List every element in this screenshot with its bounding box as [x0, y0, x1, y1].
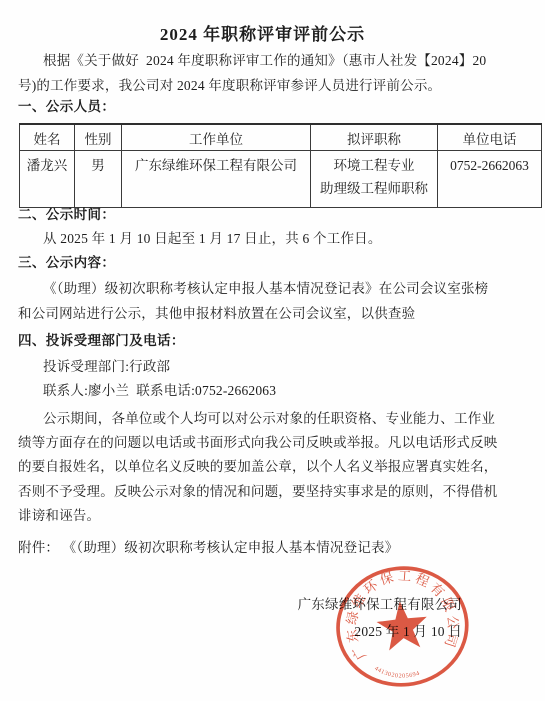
header-name: 姓名	[20, 124, 75, 151]
attachment-line: 附件： 《（助理）级初次职称考核认定申报人基本情况登记表》	[18, 540, 398, 555]
header-gender: 性别	[75, 124, 122, 151]
page-title: 2024 年职称评审评前公示	[0, 20, 525, 45]
section3-heading: 三、公示内容：	[18, 255, 115, 270]
cell-gender: 男	[75, 151, 122, 208]
section3-line-1: 《（助理）级初次职称考核认定申报人基本情况登记表》在公司会议室张榜	[43, 281, 488, 296]
section4-line-2: 联系人:廖小兰 联系电话:0752-2662063	[43, 383, 276, 398]
publicity-persons-table: 姓名 性别 工作单位 拟评职称 单位电话 潘龙兴 男 广东绿维环保工程有限公司 …	[19, 123, 542, 208]
header-proposed-title: 拟评职称	[311, 124, 438, 151]
intro-line-2: 号)的工作要求，我公司对 2024 年度职称评审参评人员进行评前公示。	[18, 78, 441, 93]
section4-para-line-3: 的要自报姓名，以单位名义反映的要加盖公章，以个人名义举报应署真实姓名，	[18, 459, 498, 474]
section2-line-1: 从 2025 年 1 月 10 日起至 1 月 17 日止，共 6 个工作日。	[43, 231, 382, 246]
section4-heading: 四、投诉受理部门及电话：	[18, 333, 185, 348]
section4-para-line-5: 诽谤和诬告。	[18, 508, 100, 523]
section4-para-line-1: 公示期间，各单位或个人均可以对公示对象的任职资格、专业能力、工作业	[43, 411, 495, 426]
cell-proposed-title: 环境工程专业 助理级工程师职称	[311, 151, 438, 208]
table-header-row: 姓名 性别 工作单位 拟评职称 单位电话	[20, 124, 542, 151]
header-phone: 单位电话	[438, 124, 542, 151]
section2-heading: 二、公示时间：	[18, 207, 115, 222]
section4-line-1: 投诉受理部门:行政部	[43, 359, 170, 374]
cell-phone: 0752-2662063	[438, 151, 542, 208]
table-row: 潘龙兴 男 广东绿维环保工程有限公司 环境工程专业 助理级工程师职称 0752-…	[20, 151, 542, 208]
intro-line-1: 根据《关于做好 2024 年度职称评审工作的通知》（惠市人社发【2024】20	[43, 53, 486, 68]
section4-para-line-4: 否则不予受理。反映公示对象的情况和问题，要坚持实事求是的原则，不得借机	[18, 484, 498, 499]
company-seal: 广东绿维环保工程有限公司 4413020205694	[328, 557, 478, 698]
svg-text:4413020205694: 4413020205694	[373, 661, 421, 683]
section4-para-line-2: 绩等方面存在的问题以电话或书面形式向我公司反映或举报。凡以电话形式反映	[18, 435, 498, 450]
star-icon	[375, 598, 430, 651]
cell-name: 潘龙兴	[20, 151, 75, 208]
section1-heading: 一、公示人员：	[18, 99, 115, 114]
proposed-title-line-2: 助理级工程师职称	[311, 177, 437, 200]
document-page: 2024 年职称评审评前公示 根据《关于做好 2024 年度职称评审工作的通知》…	[0, 0, 545, 701]
section3-line-2: 和公司网站进行公示，其他申报材料放置在公司会议室，以供查验	[18, 306, 415, 321]
seal-serial-text: 4413020205694	[373, 661, 421, 683]
proposed-title-line-1: 环境工程专业	[311, 154, 437, 177]
header-employer: 工作单位	[122, 124, 311, 151]
cell-employer: 广东绿维环保工程有限公司	[122, 151, 311, 208]
